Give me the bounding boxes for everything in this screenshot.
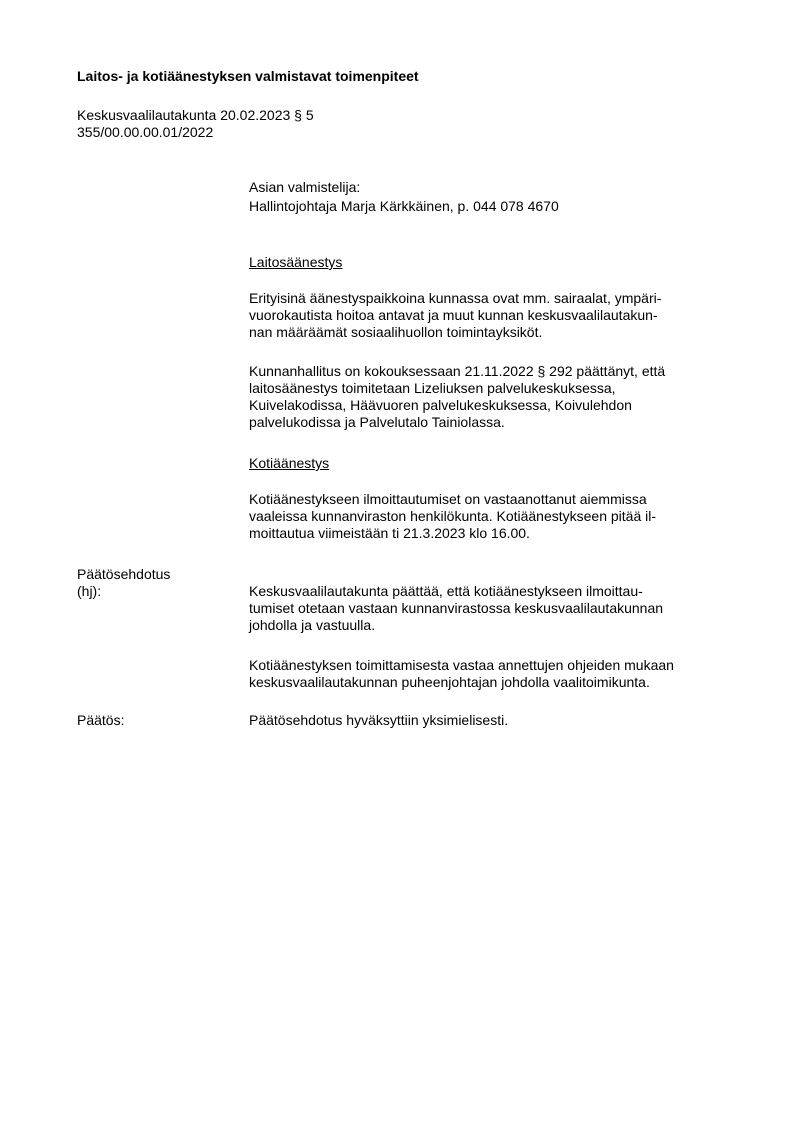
text-line: vaaleissa kunnanviraston henkilökunta. K…: [249, 508, 656, 525]
text-line: johdolla ja vastuulla.: [249, 617, 663, 634]
text-line: nan määräämät sosiaalihuollon toimintayk…: [249, 324, 661, 341]
paragraph-special-voting-places: Erityisinä äänestyspaikkoina kunnassa ov…: [249, 290, 661, 341]
meeting-reference: Keskusvaalilautakunta 20.02.2023 § 5: [77, 107, 314, 124]
proposal-label: Päätösehdotus (hj):: [77, 566, 170, 600]
decision-label: Päätös:: [77, 712, 124, 729]
case-number: 355/00.00.00.01/2022: [77, 124, 213, 141]
text-line: Erityisinä äänestyspaikkoina kunnassa ov…: [249, 290, 661, 307]
paragraph-council-decision: Kunnanhallitus on kokouksessaan 21.11.20…: [249, 363, 665, 431]
decision-text: Päätösehdotus hyväksyttiin yksimielisest…: [249, 712, 508, 729]
text-line: keskusvaalilautakunnan puheenjohtajan jo…: [249, 674, 674, 691]
proposal-paragraph-2: Kotiäänestyksen toimittamisesta vastaa a…: [249, 657, 674, 691]
proposal-label-line: Päätösehdotus: [77, 566, 170, 583]
text-line: palvelukodissa ja Palvelutalo Tainiolass…: [249, 414, 665, 431]
preparer-label: Asian valmistelija:: [249, 179, 360, 196]
paragraph-home-voting-registration: Kotiäänestykseen ilmoittautumiset on vas…: [249, 491, 656, 542]
text-line: Kuivelakodissa, Häävuoren palvelukeskuks…: [249, 397, 665, 414]
proposal-paragraph: Keskusvaalilautakunta päättää, että koti…: [249, 583, 663, 634]
section-heading-laitosaanestys: Laitosäänestys: [249, 254, 342, 271]
text-line: moittautua viimeistään ti 21.3.2023 klo …: [249, 525, 656, 542]
text-line: Kotiäänestyksen toimittamisesta vastaa a…: [249, 657, 674, 674]
proposal-label-line: (hj):: [77, 583, 170, 600]
text-line: tumiset otetaan vastaan kunnanvirastossa…: [249, 600, 663, 617]
document-title: Laitos- ja kotiäänestyksen valmistavat t…: [77, 68, 419, 85]
text-line: laitosäänestys toimitetaan Lizeliuksen p…: [249, 380, 665, 397]
preparer: Hallintojohtaja Marja Kärkkäinen, p. 044…: [249, 198, 559, 215]
text-line: Kunnanhallitus on kokouksessaan 21.11.20…: [249, 363, 665, 380]
section-heading-kotiaanestys: Kotiäänestys: [249, 455, 329, 472]
text-line: Keskusvaalilautakunta päättää, että koti…: [249, 583, 663, 600]
text-line: Kotiäänestykseen ilmoittautumiset on vas…: [249, 491, 656, 508]
text-line: vuorokautista hoitoa antavat ja muut kun…: [249, 307, 661, 324]
